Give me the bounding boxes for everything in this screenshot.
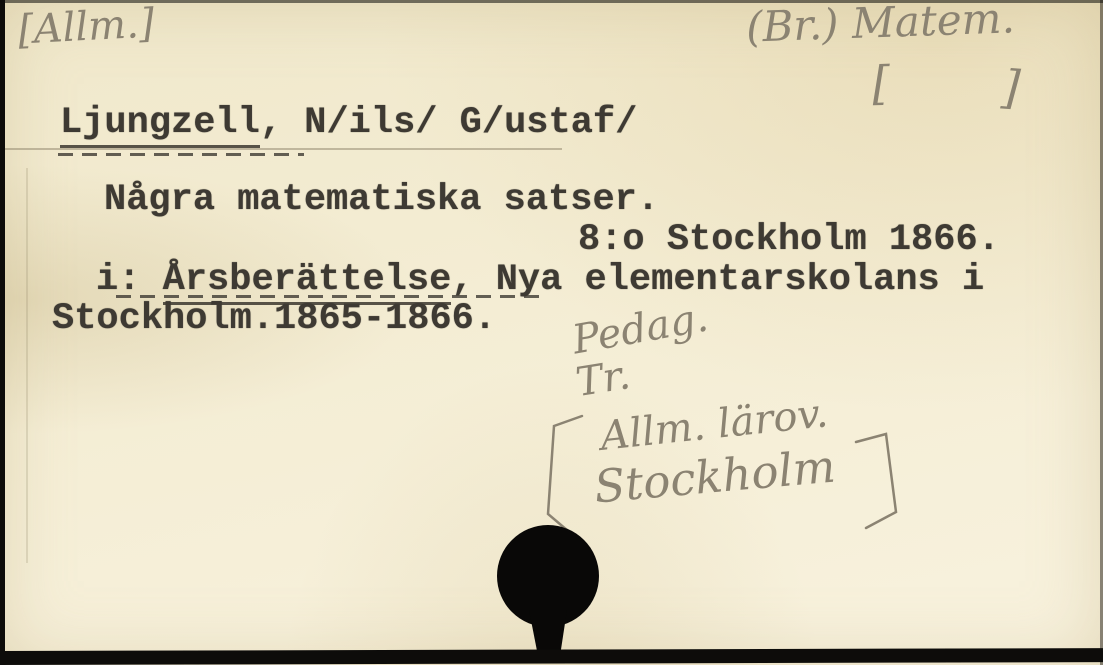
pencil-classification-note: (Br.) Matem. <box>745 0 1015 52</box>
pencil-subject-note: Pedag. <box>569 294 711 363</box>
author-heading: Ljungzell, N/ils/ G/ustaf/ <box>60 103 637 143</box>
card-rod-hole-icon <box>488 515 610 665</box>
author-forenames: , N/ils/ G/ustaf/ <box>260 102 637 144</box>
pencil-tr-note: Tr. <box>573 352 634 406</box>
heading-dashed-underline <box>58 153 304 156</box>
series-line-2: Stockholm.1865-1866. <box>52 299 496 339</box>
scan-edge-bottom <box>0 648 1103 665</box>
scan-edge-top <box>0 0 1103 3</box>
catalog-card-scan: [Allm.] (Br.) Matem. [ ] Ljungzell, N/il… <box>0 0 1103 665</box>
series-line-1: i: Årsberättelse, Nya elementarskolans i <box>96 260 984 300</box>
pencil-big-bracket-right-icon <box>852 432 904 532</box>
work-title: Några matematiska satser. <box>104 180 659 220</box>
card-crease-line <box>26 168 28 563</box>
imprint-line: 8:o Stockholm 1866. <box>578 220 1000 260</box>
scan-edge-left <box>0 0 5 665</box>
pencil-bracket-open: [ <box>871 56 891 111</box>
pencil-shelf-note: [Allm.] <box>17 0 156 53</box>
pencil-bracket-close: ] <box>1000 59 1022 114</box>
pencil-rule-line <box>0 148 562 150</box>
author-surname: Ljungzell <box>60 102 260 148</box>
